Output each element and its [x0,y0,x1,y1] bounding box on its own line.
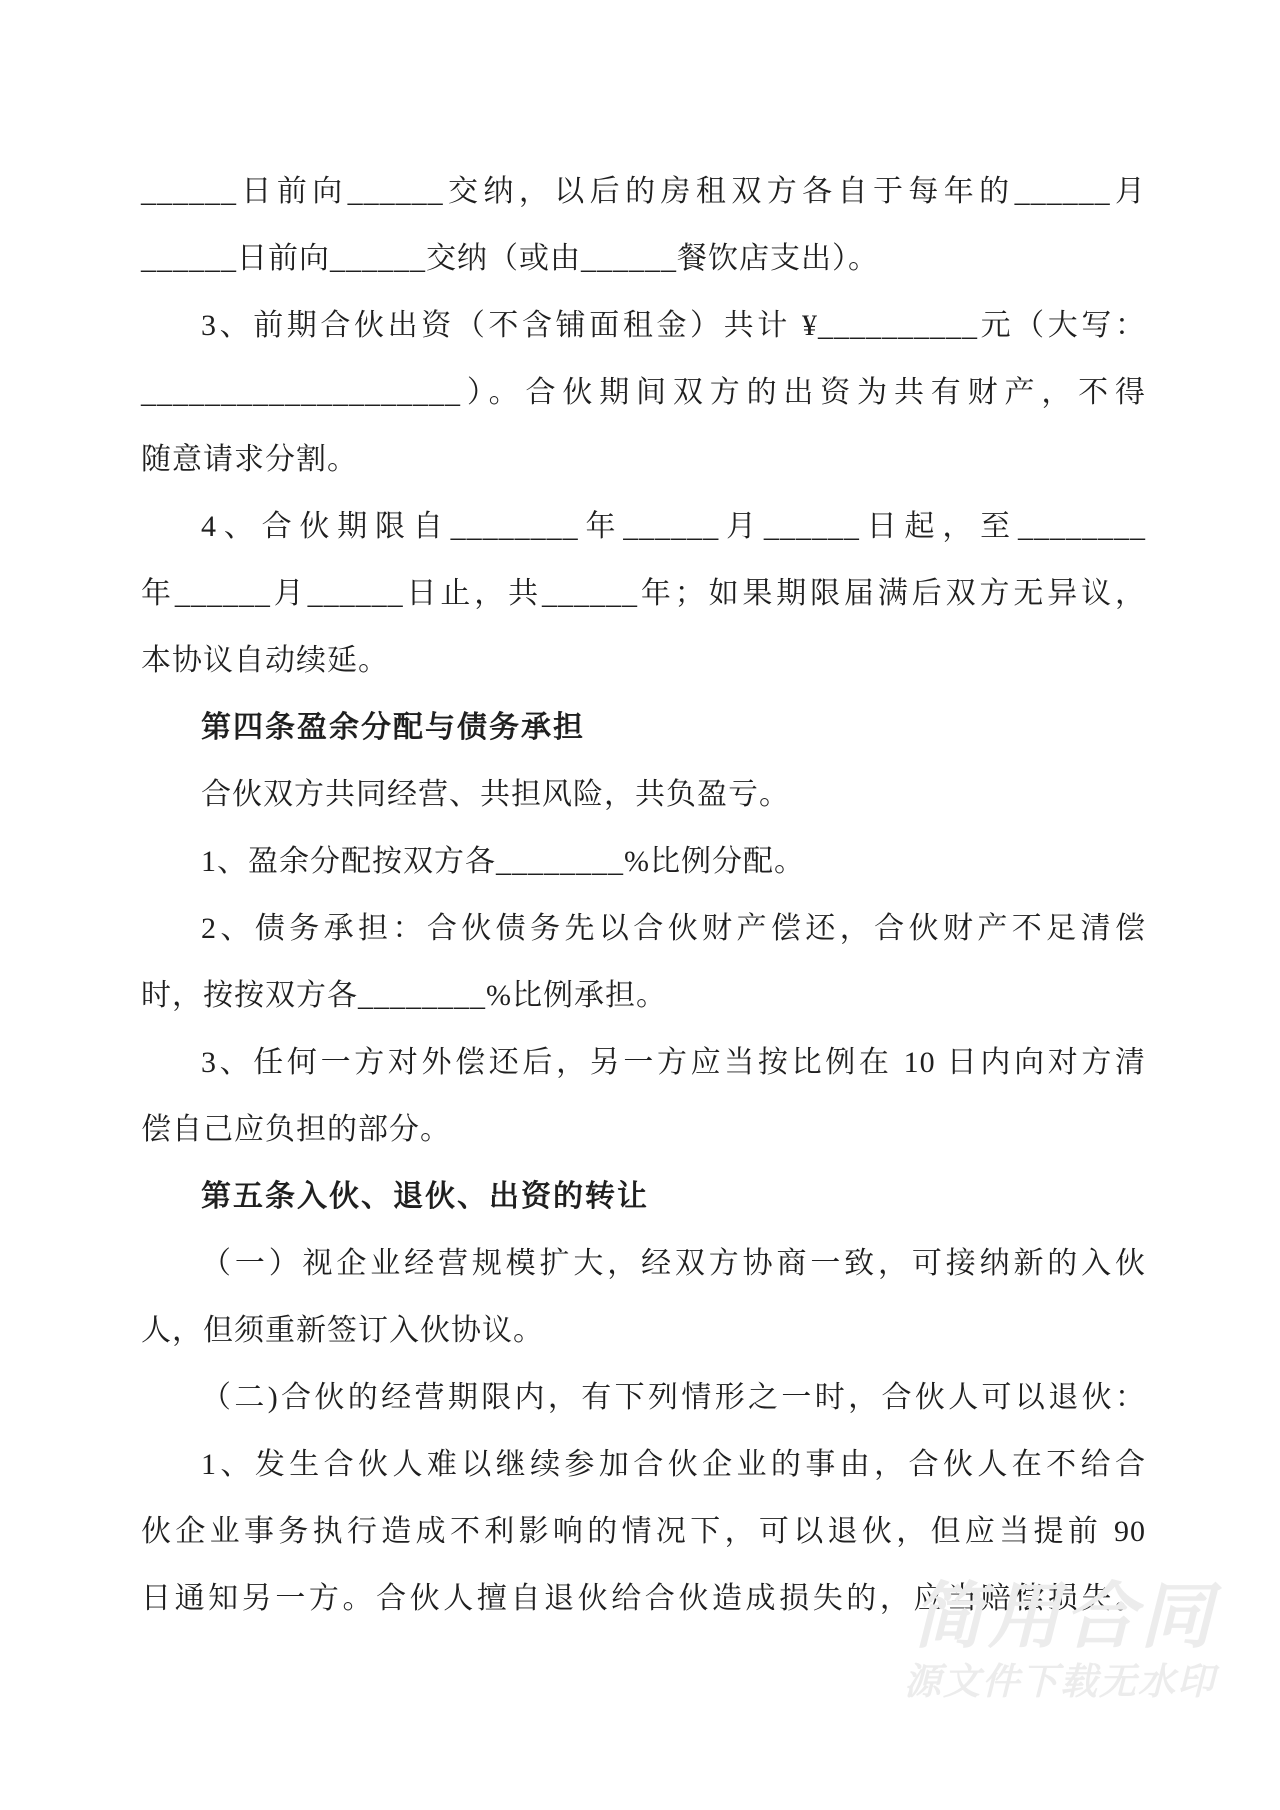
document-line: 时，按按双方各________%比例承担。 [141,962,1146,1029]
watermark-subtitle: 源文件下载无水印 [904,1662,1216,1702]
document-line: 伙企业事务执行造成不利影响的情况下，可以退伙，但应当提前 90 [141,1498,1146,1565]
document-line: 1、盈余分配按双方各________%比例分配。 [141,828,1146,895]
section-heading-4: 第四条盈余分配与债务承担 [141,694,1146,761]
document-line: 合伙双方共同经营、共担风险，共负盈亏。 [141,761,1146,828]
document-line: ____________________）。合伙期间双方的出资为共有财产，不得 [141,359,1146,426]
watermark-title: 简用合同 [904,1578,1216,1656]
contract-document-page: ______日前向______交纳，以后的房租双方各自于每年的______月 _… [0,0,1280,1810]
document-line: 偿自己应负担的部分。 [141,1096,1146,1163]
document-line: 人，但须重新签订入伙协议。 [141,1297,1146,1364]
document-line: （二)合伙的经营期限内，有下列情形之一时，合伙人可以退伙： [141,1364,1146,1431]
document-line: 2、债务承担：合伙债务先以合伙财产偿还，合伙财产不足清偿 [141,895,1146,962]
document-line: 3、前期合伙出资（不含铺面租金）共计 ¥__________元（大写： [141,292,1146,359]
document-line: （一）视企业经营规模扩大，经双方协商一致，可接纳新的入伙 [141,1230,1146,1297]
document-line: 4、合伙期限自________年______月______日起，至_______… [141,493,1146,560]
document-line: 随意请求分割。 [141,426,1146,493]
document-line: ______日前向______交纳，以后的房租双方各自于每年的______月 [141,158,1146,225]
site-watermark: 简用合同 源文件下载无水印 [904,1578,1216,1702]
section-heading-5: 第五条入伙、退伙、出资的转让 [141,1163,1146,1230]
document-line: 年______月______日止，共______年；如果期限届满后双方无异议， [141,560,1146,627]
document-line: ______日前向______交纳（或由______餐饮店支出）。 [141,225,1146,292]
document-line: 1、发生合伙人难以继续参加合伙企业的事由，合伙人在不给合 [141,1431,1146,1498]
document-line: 本协议自动续延。 [141,627,1146,694]
document-line: 3、任何一方对外偿还后，另一方应当按比例在 10 日内向对方清 [141,1029,1146,1096]
document-body: ______日前向______交纳，以后的房租双方各自于每年的______月 _… [141,158,1146,1632]
